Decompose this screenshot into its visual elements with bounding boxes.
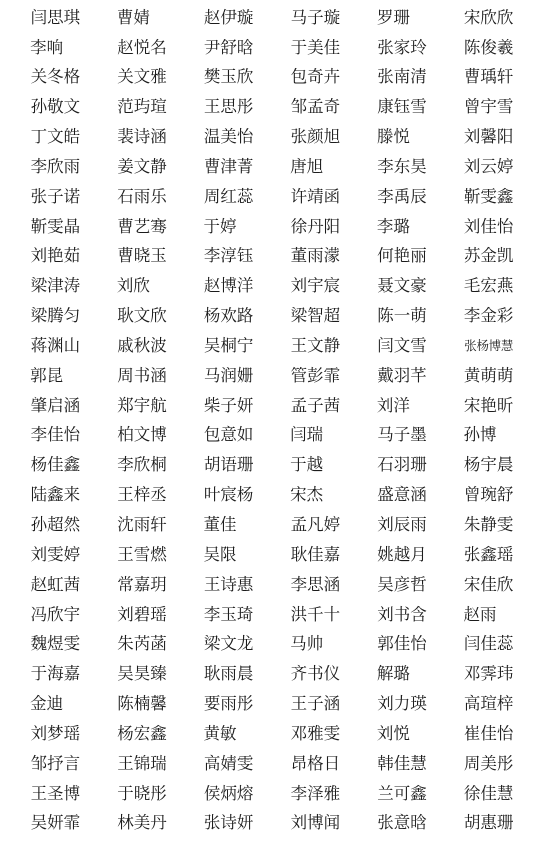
name-cell: 滕悦 — [359, 122, 446, 152]
person-name: 关文雅 — [117, 69, 167, 86]
name-cell: 常嘉玥 — [99, 570, 186, 600]
person-name: 闫思琪 — [31, 10, 81, 27]
person-name: 丁文皓 — [31, 129, 81, 146]
name-cell: 刘辰雨 — [359, 510, 446, 540]
person-name: 郭昆 — [30, 368, 80, 385]
name-cell: 邓霁玮 — [445, 660, 532, 690]
person-name: 杨佳鑫 — [31, 457, 81, 474]
person-name: 王梓丞 — [117, 487, 167, 504]
name-cell: 李禹辰 — [359, 182, 446, 212]
person-name: 齐书仪 — [291, 666, 341, 683]
person-name: 赵伊璇 — [204, 10, 254, 27]
person-name: 罗珊 — [377, 10, 427, 27]
person-name: 宋艳昕 — [464, 398, 514, 415]
person-name: 周美彤 — [464, 756, 514, 773]
person-name: 吴彦哲 — [377, 577, 427, 594]
name-cell: 于美佳 — [272, 33, 359, 63]
person-name: 要雨彤 — [204, 696, 254, 713]
name-cell: 丁文皓 — [12, 122, 99, 152]
name-cell: 张子诺 — [12, 182, 99, 212]
name-cell: 曹津菁 — [185, 152, 272, 182]
name-cell: 吴彦哲 — [359, 570, 446, 600]
person-name: 王文静 — [291, 338, 341, 355]
name-cell: 徐佳慧 — [445, 779, 532, 809]
name-cell: 杨宏鑫 — [99, 719, 186, 749]
person-name: 何艳丽 — [377, 248, 427, 265]
name-cell: 胡惠珊 — [445, 809, 532, 839]
person-name: 梁腾匀 — [31, 308, 81, 325]
name-cell: 宋欣欣 — [445, 3, 532, 33]
name-cell: 于婷 — [185, 212, 272, 242]
person-name: 王子涵 — [291, 696, 341, 713]
person-name: 马润姗 — [204, 368, 254, 385]
name-cell: 石羽珊 — [359, 451, 446, 481]
person-name: 胡惠珊 — [464, 815, 514, 832]
name-cell: 刘书含 — [359, 600, 446, 630]
person-name: 滕悦 — [377, 129, 427, 146]
name-cell: 李璐 — [359, 212, 446, 242]
name-cell: 于越 — [272, 451, 359, 481]
person-name: 蒋渊山 — [31, 338, 81, 355]
person-name: 裴诗涵 — [117, 129, 167, 146]
name-cell: 尹舒晗 — [185, 33, 272, 63]
person-name: 张意晗 — [377, 815, 427, 832]
person-name: 石雨乐 — [117, 189, 167, 206]
person-name: 梁津涛 — [31, 278, 81, 295]
name-cell: 陈楠馨 — [99, 689, 186, 719]
person-name: 宋杰 — [290, 487, 340, 504]
person-name: 刘佳怡 — [464, 219, 514, 236]
name-cell: 昂格日 — [272, 749, 359, 779]
name-cell: 蒋渊山 — [12, 331, 99, 361]
name-cell: 戴羽芊 — [359, 361, 446, 391]
person-name: 张子诺 — [31, 189, 81, 206]
name-cell: 罗珊 — [359, 3, 446, 33]
person-name: 范玙瑄 — [117, 99, 167, 116]
name-cell: 梁文龙 — [185, 630, 272, 660]
name-cell: 韩佳慧 — [359, 749, 446, 779]
person-name: 张南清 — [377, 69, 427, 86]
name-cell: 康钰雪 — [359, 93, 446, 123]
person-name: 聂文豪 — [377, 278, 427, 295]
name-cell: 陈俊羲 — [445, 33, 532, 63]
person-name: 胡语珊 — [204, 457, 254, 474]
name-cell: 金迪 — [12, 689, 99, 719]
name-cell: 解璐 — [359, 660, 446, 690]
name-cell: 王雪燃 — [99, 540, 186, 570]
name-cell: 王圣博 — [12, 779, 99, 809]
name-cell: 关冬格 — [12, 63, 99, 93]
name-cell: 刘碧瑶 — [99, 600, 186, 630]
name-cell: 管彭霏 — [272, 361, 359, 391]
name-cell: 孟凡婷 — [272, 510, 359, 540]
person-name: 王诗惠 — [204, 577, 254, 594]
name-cell: 杨欢路 — [185, 301, 272, 331]
person-name: 李璐 — [377, 219, 427, 236]
name-cell: 柴子妍 — [185, 391, 272, 421]
name-cell: 梁津涛 — [12, 272, 99, 302]
person-name: 邹抒言 — [31, 756, 81, 773]
person-name: 李泽雅 — [291, 786, 341, 803]
name-cell: 裴诗涵 — [99, 122, 186, 152]
name-cell: 李佳怡 — [12, 421, 99, 451]
name-cell: 周书涵 — [99, 361, 186, 391]
person-name: 邓霁玮 — [464, 666, 514, 683]
name-cell: 王子涵 — [272, 689, 359, 719]
person-name: 赵博洋 — [204, 278, 254, 295]
name-cell: 赵博洋 — [185, 272, 272, 302]
person-name: 李东昊 — [377, 159, 427, 176]
person-name: 李淳钰 — [204, 248, 254, 265]
person-name: 刘洋 — [377, 398, 427, 415]
person-name: 管彭霏 — [291, 368, 341, 385]
person-name: 兰可鑫 — [377, 786, 427, 803]
person-name: 于晓彤 — [117, 786, 167, 803]
person-name: 李玉琦 — [204, 607, 254, 624]
name-cell: 李金彩 — [445, 301, 532, 331]
person-name: 于越 — [290, 457, 340, 474]
person-name: 温美怡 — [204, 129, 254, 146]
name-cell: 周红蕊 — [185, 182, 272, 212]
person-name: 刘碧瑶 — [117, 607, 167, 624]
person-name: 王思彤 — [204, 99, 254, 116]
name-cell: 吴桐宁 — [185, 331, 272, 361]
person-name: 耿文欣 — [117, 308, 167, 325]
name-cell: 郑宇航 — [99, 391, 186, 421]
person-name: 于海嘉 — [31, 666, 81, 683]
name-cell: 刘力瑛 — [359, 689, 446, 719]
name-cell: 王梓丞 — [99, 481, 186, 511]
name-cell: 何艳丽 — [359, 242, 446, 272]
person-name: 曾宇雪 — [464, 99, 514, 116]
name-cell: 齐书仪 — [272, 660, 359, 690]
name-cell: 侯炳熔 — [185, 779, 272, 809]
person-name: 柴子妍 — [204, 398, 254, 415]
person-name: 董雨濛 — [291, 248, 341, 265]
person-name: 马子墨 — [377, 427, 427, 444]
person-name: 包意如 — [204, 427, 254, 444]
person-name: 曹艺骞 — [117, 219, 167, 236]
name-cell: 朱静雯 — [445, 510, 532, 540]
name-cell: 张家玲 — [359, 33, 446, 63]
name-cell: 包意如 — [185, 421, 272, 451]
name-cell: 宋杰 — [272, 481, 359, 511]
name-cell: 张南清 — [359, 63, 446, 93]
person-name: 马帅 — [290, 636, 340, 653]
person-name: 郑宇航 — [117, 398, 167, 415]
person-name: 杨宇晨 — [464, 457, 514, 474]
person-name: 戚秋波 — [117, 338, 167, 355]
name-cell: 王文静 — [272, 331, 359, 361]
person-name: 徐佳慧 — [464, 786, 514, 803]
person-name: 曹津菁 — [204, 159, 254, 176]
name-cell: 高瑄梓 — [445, 689, 532, 719]
person-name: 包奇卉 — [291, 69, 341, 86]
person-name: 吴妍霏 — [31, 815, 81, 832]
person-name: 张诗妍 — [204, 815, 254, 832]
person-name: 高婧雯 — [204, 756, 254, 773]
name-cell: 张颜旭 — [272, 122, 359, 152]
name-cell: 戚秋波 — [99, 331, 186, 361]
name-cell: 梁腾匀 — [12, 301, 99, 331]
person-name: 刘艳茹 — [31, 248, 81, 265]
person-name: 李欣桐 — [117, 457, 167, 474]
name-cell: 盛意涵 — [359, 481, 446, 511]
person-name: 刘力瑛 — [377, 696, 427, 713]
name-cell: 张杨博慧 — [445, 331, 532, 361]
person-name: 张家玲 — [377, 40, 427, 57]
person-name: 孙敬文 — [31, 99, 81, 116]
name-cell: 郭佳怡 — [359, 630, 446, 660]
name-cell: 兰可鑫 — [359, 779, 446, 809]
person-name: 李禹辰 — [377, 189, 427, 206]
person-name: 常嘉玥 — [117, 577, 167, 594]
person-name: 周红蕊 — [204, 189, 254, 206]
name-cell: 陆鑫来 — [12, 481, 99, 511]
name-cell: 闫思琪 — [12, 3, 99, 33]
person-name: 林美丹 — [117, 815, 167, 832]
name-cell: 耿雨晨 — [185, 660, 272, 690]
name-cell: 樊玉欣 — [185, 63, 272, 93]
name-cell: 曾琬舒 — [445, 481, 532, 511]
name-cell: 于晓彤 — [99, 779, 186, 809]
person-name: 孟凡婷 — [291, 517, 341, 534]
person-name: 苏金凯 — [464, 248, 514, 265]
name-cell: 陈一萌 — [359, 301, 446, 331]
person-name: 冯欣宇 — [31, 607, 81, 624]
name-cell: 赵雨 — [445, 600, 532, 630]
person-name: 陈楠馨 — [117, 696, 167, 713]
person-name: 刘云婷 — [464, 159, 514, 176]
person-name: 毛宏燕 — [464, 278, 514, 295]
person-name: 石羽珊 — [377, 457, 427, 474]
name-cell: 张意晗 — [359, 809, 446, 839]
person-name: 李思涵 — [291, 577, 341, 594]
name-cell: 靳雯晶 — [12, 212, 99, 242]
person-name: 吴限 — [204, 547, 254, 564]
name-cell: 苏金凯 — [445, 242, 532, 272]
name-cell: 关文雅 — [99, 63, 186, 93]
person-name: 宋佳欣 — [464, 577, 514, 594]
name-cell: 杨佳鑫 — [12, 451, 99, 481]
person-name: 曹晓玉 — [117, 248, 167, 265]
person-name: 于美佳 — [291, 40, 341, 57]
name-cell: 曹瑀轩 — [445, 63, 532, 93]
person-name: 耿雨晨 — [204, 666, 254, 683]
person-name: 李响 — [30, 40, 80, 57]
person-name: 尹舒晗 — [204, 40, 254, 57]
name-cell: 董佳 — [185, 510, 272, 540]
person-name: 盛意涵 — [377, 487, 427, 504]
person-name: 刘书含 — [377, 607, 427, 624]
name-cell: 洪千十 — [272, 600, 359, 630]
person-name: 刘欣 — [117, 278, 167, 295]
person-name: 闫文雪 — [377, 338, 427, 355]
person-name: 张鑫瑶 — [464, 547, 514, 564]
person-name: 崔佳怡 — [464, 726, 514, 743]
person-name: 戴羽芊 — [377, 368, 427, 385]
person-name: 曹婧 — [117, 10, 167, 27]
name-cell: 吴限 — [185, 540, 272, 570]
name-cell: 靳雯鑫 — [445, 182, 532, 212]
names-page: 闫思琪曹婧赵伊璇马子璇罗珊宋欣欣李响赵悦名尹舒晗于美佳张家玲陈俊羲关冬格关文雅樊… — [0, 0, 544, 842]
name-cell: 刘雯婷 — [12, 540, 99, 570]
person-name: 马子璇 — [291, 10, 341, 27]
name-cell: 赵伊璇 — [185, 3, 272, 33]
person-name: 刘辰雨 — [377, 517, 427, 534]
name-cell: 赵悦名 — [99, 33, 186, 63]
name-cell: 赵虹茜 — [12, 570, 99, 600]
name-cell: 毛宏燕 — [445, 272, 532, 302]
person-name: 吴桐宁 — [204, 338, 254, 355]
name-cell: 李玉琦 — [185, 600, 272, 630]
name-cell: 聂文豪 — [359, 272, 446, 302]
person-name: 杨欢路 — [204, 308, 254, 325]
person-name: 高瑄梓 — [464, 696, 514, 713]
person-name: 唐旭 — [290, 159, 340, 176]
person-name: 刘梦瑶 — [31, 726, 81, 743]
person-name: 王雪燃 — [117, 547, 167, 564]
name-cell: 柏文博 — [99, 421, 186, 451]
person-name: 刘馨阳 — [464, 129, 514, 146]
name-cell: 朱芮菡 — [99, 630, 186, 660]
person-name: 孟子茜 — [291, 398, 341, 415]
name-cell: 杨宇晨 — [445, 451, 532, 481]
name-cell: 姚越月 — [359, 540, 446, 570]
name-cell: 刘洋 — [359, 391, 446, 421]
name-cell: 邹抒言 — [12, 749, 99, 779]
person-name: 王锦瑞 — [117, 756, 167, 773]
name-cell: 魏煜雯 — [12, 630, 99, 660]
name-cell: 郭昆 — [12, 361, 99, 391]
person-name: 于婷 — [204, 219, 254, 236]
person-name: 关冬格 — [31, 69, 81, 86]
name-cell: 宋艳昕 — [445, 391, 532, 421]
name-cell: 李欣雨 — [12, 152, 99, 182]
person-name: 刘悦 — [377, 726, 427, 743]
person-name: 魏煜雯 — [31, 636, 81, 653]
person-name: 侯炳熔 — [204, 786, 254, 803]
person-name: 吴昊臻 — [117, 666, 167, 683]
name-cell: 闫瑞 — [272, 421, 359, 451]
person-name: 邹孟奇 — [291, 99, 341, 116]
name-cell: 王锦瑞 — [99, 749, 186, 779]
name-cell: 马润姗 — [185, 361, 272, 391]
person-name: 孙博 — [464, 427, 514, 444]
name-cell: 刘梦瑶 — [12, 719, 99, 749]
person-name: 杨宏鑫 — [117, 726, 167, 743]
name-cell: 李泽雅 — [272, 779, 359, 809]
name-cell: 刘佳怡 — [445, 212, 532, 242]
name-cell: 曾宇雪 — [445, 93, 532, 123]
person-name: 柏文博 — [117, 427, 167, 444]
name-cell: 马帅 — [272, 630, 359, 660]
person-name: 昂格日 — [291, 756, 341, 773]
name-cell: 曹晓玉 — [99, 242, 186, 272]
person-name: 姜文静 — [117, 159, 167, 176]
name-cell: 李淳钰 — [185, 242, 272, 272]
person-name: 赵虹茜 — [31, 577, 81, 594]
person-name: 洪千十 — [291, 607, 341, 624]
name-cell: 闫文雪 — [359, 331, 446, 361]
person-name: 康钰雪 — [377, 99, 427, 116]
person-name: 梁智超 — [291, 308, 341, 325]
name-cell: 宋佳欣 — [445, 570, 532, 600]
person-name: 李欣雨 — [31, 159, 81, 176]
person-name: 王圣博 — [31, 786, 81, 803]
person-name: 刘雯婷 — [31, 547, 81, 564]
name-cell: 冯欣宇 — [12, 600, 99, 630]
person-name: 肇启涵 — [31, 398, 81, 415]
person-name: 姚越月 — [377, 547, 427, 564]
name-cell: 孙博 — [445, 421, 532, 451]
name-cell: 刘馨阳 — [445, 122, 532, 152]
name-cell: 胡语珊 — [185, 451, 272, 481]
name-cell: 范玙瑄 — [99, 93, 186, 123]
person-name: 梁文龙 — [204, 636, 254, 653]
name-cell: 刘宇宸 — [272, 272, 359, 302]
person-name: 周书涵 — [117, 368, 167, 385]
person-name: 韩佳慧 — [377, 756, 427, 773]
name-cell: 李欣桐 — [99, 451, 186, 481]
name-cell: 要雨彤 — [185, 689, 272, 719]
person-name: 金迪 — [30, 696, 80, 713]
name-cell: 刘欣 — [99, 272, 186, 302]
name-cell: 耿佳嘉 — [272, 540, 359, 570]
person-name: 靳雯晶 — [31, 219, 81, 236]
name-cell: 闫佳蕊 — [445, 630, 532, 660]
name-cell: 黄敏 — [185, 719, 272, 749]
person-name: 宋欣欣 — [464, 10, 514, 27]
name-cell: 姜文静 — [99, 152, 186, 182]
name-cell: 黄萌萌 — [445, 361, 532, 391]
person-name: 黄敏 — [204, 726, 254, 743]
name-cell: 王思彤 — [185, 93, 272, 123]
person-name: 黄萌萌 — [464, 368, 514, 385]
name-cell: 刘艳茹 — [12, 242, 99, 272]
name-cell: 吴妍霏 — [12, 809, 99, 839]
person-name: 闫瑞 — [290, 427, 340, 444]
name-cell: 李东昊 — [359, 152, 446, 182]
person-name: 李佳怡 — [31, 427, 81, 444]
person-name: 赵雨 — [464, 607, 514, 624]
person-name: 曹瑀轩 — [464, 69, 514, 86]
name-cell: 石雨乐 — [99, 182, 186, 212]
name-cell: 马子璇 — [272, 3, 359, 33]
person-name: 刘博闻 — [291, 815, 341, 832]
person-name: 靳雯鑫 — [464, 189, 514, 206]
name-cell: 张鑫瑶 — [445, 540, 532, 570]
name-cell: 刘云婷 — [445, 152, 532, 182]
name-cell: 刘博闻 — [272, 809, 359, 839]
name-cell: 张诗妍 — [185, 809, 272, 839]
name-cell: 许靖函 — [272, 182, 359, 212]
name-cell: 邹孟奇 — [272, 93, 359, 123]
name-cell: 肇启涵 — [12, 391, 99, 421]
name-cell: 周美彤 — [445, 749, 532, 779]
name-cell: 吴昊臻 — [99, 660, 186, 690]
name-cell: 包奇卉 — [272, 63, 359, 93]
person-name: 解璐 — [377, 666, 427, 683]
name-cell: 李响 — [12, 33, 99, 63]
person-name: 张颜旭 — [291, 129, 341, 146]
name-cell: 温美怡 — [185, 122, 272, 152]
person-name: 董佳 — [204, 517, 254, 534]
name-cell: 董雨濛 — [272, 242, 359, 272]
name-cell: 孟子茜 — [272, 391, 359, 421]
person-name: 沈雨轩 — [117, 517, 167, 534]
name-cell: 邓雅雯 — [272, 719, 359, 749]
